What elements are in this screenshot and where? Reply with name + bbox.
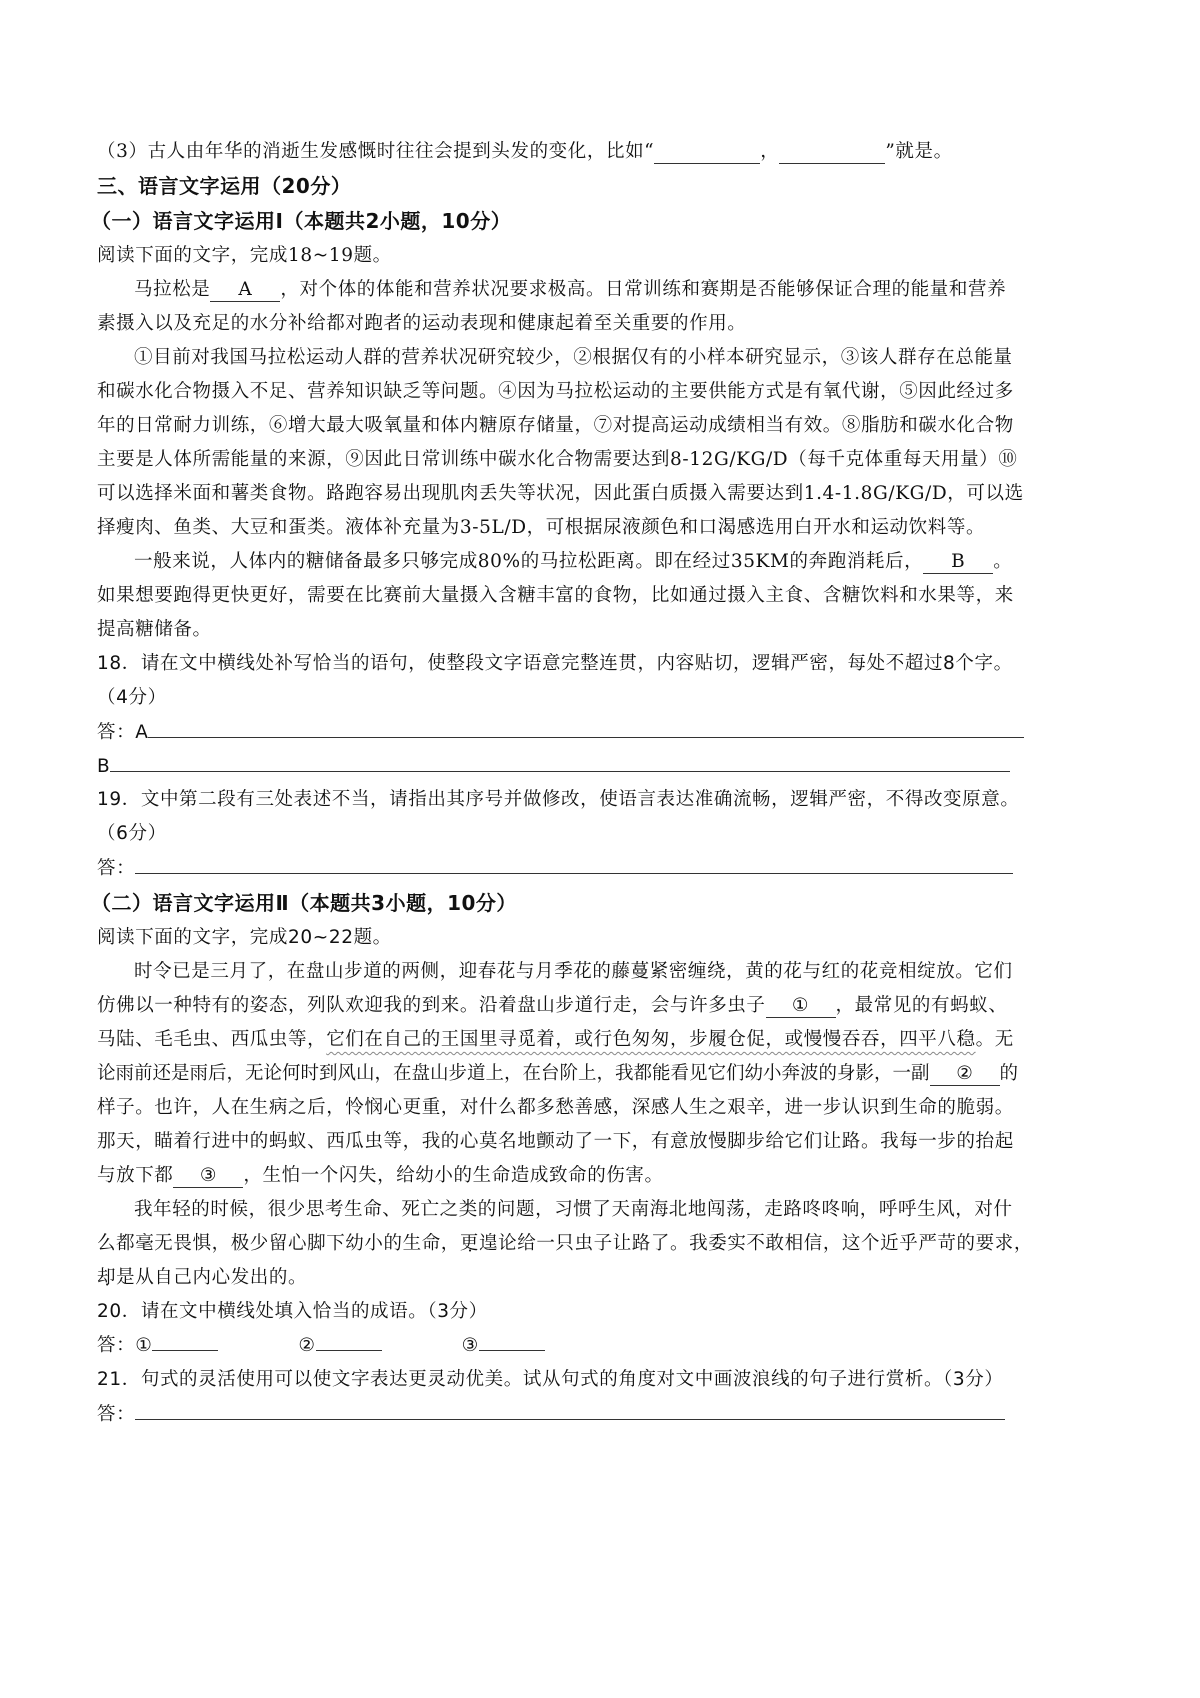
wavy-underlined-sentence: 它们在自己的王国里寻觅着，或行色匆匆，步履仓促，或慢慢吞吞，四平八稳 (326, 1029, 975, 1050)
p1-para2-line6: 择瘦肉、鱼类、大豆和蛋类。液体补充量为3-5L/D，可根据尿液颜色和口渴感选用白… (97, 511, 1110, 545)
q18-answer-a-row: 答：A (97, 715, 1110, 749)
emphasis-dot-char: 却 (97, 1267, 116, 1288)
text: 。无 (976, 1029, 1014, 1050)
q18-answer-b-field[interactable] (110, 749, 1010, 772)
p2-para1-line4: 论雨前还是雨后，无论何时到风山，在盘山步道上，在台阶上，我都能看见它们幼小奔波的… (97, 1057, 1110, 1091)
p1-para2-line2: 和碳水化合物摄入不足、营养知识缺乏等问题。④因为马拉松运动的主要供能方式是有氧代… (97, 375, 1110, 409)
text: ，对个体的体能和营养状况要求极高。日常训练和赛期是否能够保证合理的能量和营养 (280, 279, 1006, 300)
q17-3-sep: ， (760, 141, 779, 162)
p2-para1-line7: 与放下都③，生怕一个闪失，给幼小的生命造成致命的伤害。 (97, 1159, 1110, 1193)
text: 。 (993, 551, 1012, 572)
section-3-title: 三、语言文字运用（20分） (97, 169, 1110, 203)
p1-para2-line4: 主要是人体所需能量的来源，⑨因此日常训练中碳水化合物需要达到8-12G/KG/D… (97, 443, 1110, 477)
q19-answer-label: 答： (97, 858, 135, 879)
q17-3-blank-1[interactable] (654, 141, 760, 164)
text: 遑论给一只虫子让路了。我委实不敢相信，这个近乎严苛的要求， (479, 1233, 1033, 1254)
blank-3[interactable]: ③ (173, 1165, 243, 1188)
p1-para3-line3: 提高糖储备。 (97, 613, 1110, 647)
q20-answer-label: 答： (97, 1335, 135, 1356)
text: 马陆、毛毛虫、西瓜虫等， (97, 1029, 326, 1050)
question-19-score: （6分） (97, 817, 1110, 851)
p1-para1-line2: 素摄入以及充足的水分补给都对跑者的运动表现和健康起着至关重要的作用。 (97, 307, 1110, 341)
p1-para3-line2: 如果想要跑得更快更好，需要在比赛前大量摄入含糖丰富的食物，比如通过摄入主食、含糖… (97, 579, 1110, 613)
blank-a[interactable]: A (210, 279, 280, 302)
question-17-3: （3）古人由年华的消逝生发感慨时往往会提到头发的变化，比如“ ， ”就是。 (97, 135, 1110, 169)
q19-answer-field[interactable] (135, 851, 1013, 874)
p1-para1-line1: 马拉松是A，对个体的体能和营养状况要求极高。日常训练和赛期是否能够保证合理的能量… (97, 273, 1110, 307)
q17-3-blank-2[interactable] (779, 141, 885, 164)
q18-answer-b-label: B (97, 756, 110, 777)
p1-para2-line5: 可以选择米面和薯类食物。路跑容易出现肌肉丢失等状况，因此蛋白质摄入需要达到1.4… (97, 477, 1110, 511)
text: 一般来说，人体内的糖储备最多只够完成80%的马拉松距离。即在经过35KM的奔跑消… (134, 551, 923, 572)
question-20: 20．请在文中横线处填入恰当的成语。（3分） (97, 1295, 1110, 1329)
q21-answer-field[interactable] (135, 1397, 1005, 1420)
blank-1[interactable]: ① (766, 995, 836, 1018)
q20-answer-field-2[interactable] (316, 1330, 382, 1351)
p2-para1-line2: 仿佛以一种特有的姿态，列队欢迎我的到来。沿着盘山步道行走，会与许多虫子①，最常见… (97, 989, 1110, 1023)
q20-answer-row: 答：①②③ (97, 1329, 1110, 1363)
q18-answer-a-field[interactable] (148, 715, 1024, 738)
q21-answer-row: 答： (97, 1397, 1110, 1431)
text: 论雨前还是雨后，无论何时到风山，在盘山步道上，在台阶上，我都能看见它们幼小奔波的… (97, 1063, 930, 1084)
q20-label-3: ③ (462, 1335, 479, 1356)
part-2-title: （二）语言文字运用Ⅱ（本题共3小题，10分） (91, 885, 1110, 921)
q18-answer-a-label: 答：A (97, 722, 148, 743)
text: ，最常见的有蚂蚁、 (836, 995, 1008, 1016)
q18-answer-b-row: B (97, 749, 1110, 783)
q17-3-suffix: ”就是。 (885, 141, 952, 162)
part-1-instruction: 阅读下面的文字，完成18~19题。 (97, 239, 1110, 273)
p2-para1-line5: 样子。也许，人在生病之后，怜悯心更重，对什么都多愁善感，深感人生之艰辛，进一步认… (97, 1091, 1110, 1125)
q17-3-prefix: （3）古人由年华的消逝生发感慨时往往会提到头发的变化，比如“ (97, 141, 654, 162)
text: 与放下都 (97, 1165, 173, 1186)
p2-para2-line3: 却是从自己内心发出的。 (97, 1261, 1110, 1295)
q19-answer-row: 答： (97, 851, 1110, 885)
p1-para3-line1: 一般来说，人体内的糖储备最多只够完成80%的马拉松距离。即在经过35KM的奔跑消… (97, 545, 1110, 579)
text: 马拉松是 (134, 279, 210, 300)
q20-label-1: ① (135, 1335, 152, 1356)
p1-para2-line1: ①目前对我国马拉松运动人群的营养状况研究较少，②根据仅有的小样本研究显示，③该人… (97, 341, 1110, 375)
exam-page: （3）古人由年华的消逝生发感慨时往往会提到头发的变化，比如“ ， ”就是。 三、… (97, 135, 1110, 1431)
emphasis-dot-char: 更 (460, 1233, 479, 1254)
part-2-instruction: 阅读下面的文字，完成20~22题。 (97, 921, 1110, 955)
q20-label-2: ② (298, 1335, 315, 1356)
text: 是从自己内心发出的。 (116, 1267, 307, 1288)
p2-para2-line1: 我年轻的时候，很少思考生命、死亡之类的问题，习惯了天南海北地闯荡，走路咚咚响，呼… (97, 1193, 1110, 1227)
text: ，生怕一个闪失，给幼小的生命造成致命的伤害。 (243, 1165, 663, 1186)
q20-answer-field-1[interactable] (152, 1330, 218, 1351)
q20-answer-field-3[interactable] (479, 1330, 545, 1351)
p2-para1-line6: 那天，瞄着行进中的蚂蚁、西瓜虫等，我的心莫名地颤动了一下，有意放慢脚步给它们让路… (97, 1125, 1110, 1159)
question-18: 18．请在文中横线处补写恰当的语句，使整段文字语意完整连贯，内容贴切，逻辑严密，… (97, 647, 1110, 681)
blank-b[interactable]: B (923, 551, 993, 574)
question-18-score: （4分） (97, 681, 1110, 715)
blank-2[interactable]: ② (930, 1063, 1000, 1086)
p2-para1-line3: 马陆、毛毛虫、西瓜虫等，它们在自己的王国里寻觅着，或行色匆匆，步履仓促，或慢慢吞… (97, 1023, 1110, 1057)
text: 仿佛以一种特有的姿态，列队欢迎我的到来。沿着盘山步道行走，会与许多虫子 (97, 995, 766, 1016)
q21-answer-label: 答： (97, 1404, 135, 1425)
text: 么都毫无畏惧，极少留心脚下幼小的生命， (97, 1233, 460, 1254)
question-21: 21．句式的灵活使用可以使文字表达更灵动优美。试从句式的角度对文中画波浪线的句子… (97, 1363, 1110, 1397)
p2-para2-line2: 么都毫无畏惧，极少留心脚下幼小的生命，更遑论给一只虫子让路了。我委实不敢相信，这… (97, 1227, 1110, 1261)
p1-para2-line3: 年的日常耐力训练，⑥增大最大吸氧量和体内糖原存储量，⑦对提高运动成绩相当有效。⑧… (97, 409, 1110, 443)
part-1-title: （一）语言文字运用Ⅰ（本题共2小题，10分） (91, 203, 1110, 239)
question-19: 19．文中第二段有三处表述不当，请指出其序号并做修改，使语言表达准确流畅，逻辑严… (97, 783, 1110, 817)
text: 的 (1000, 1063, 1019, 1084)
p2-para1-line1: 时令已是三月了，在盘山步道的两侧，迎春花与月季花的藤蔓紧密缠绕，黄的花与红的花竞… (97, 955, 1110, 989)
